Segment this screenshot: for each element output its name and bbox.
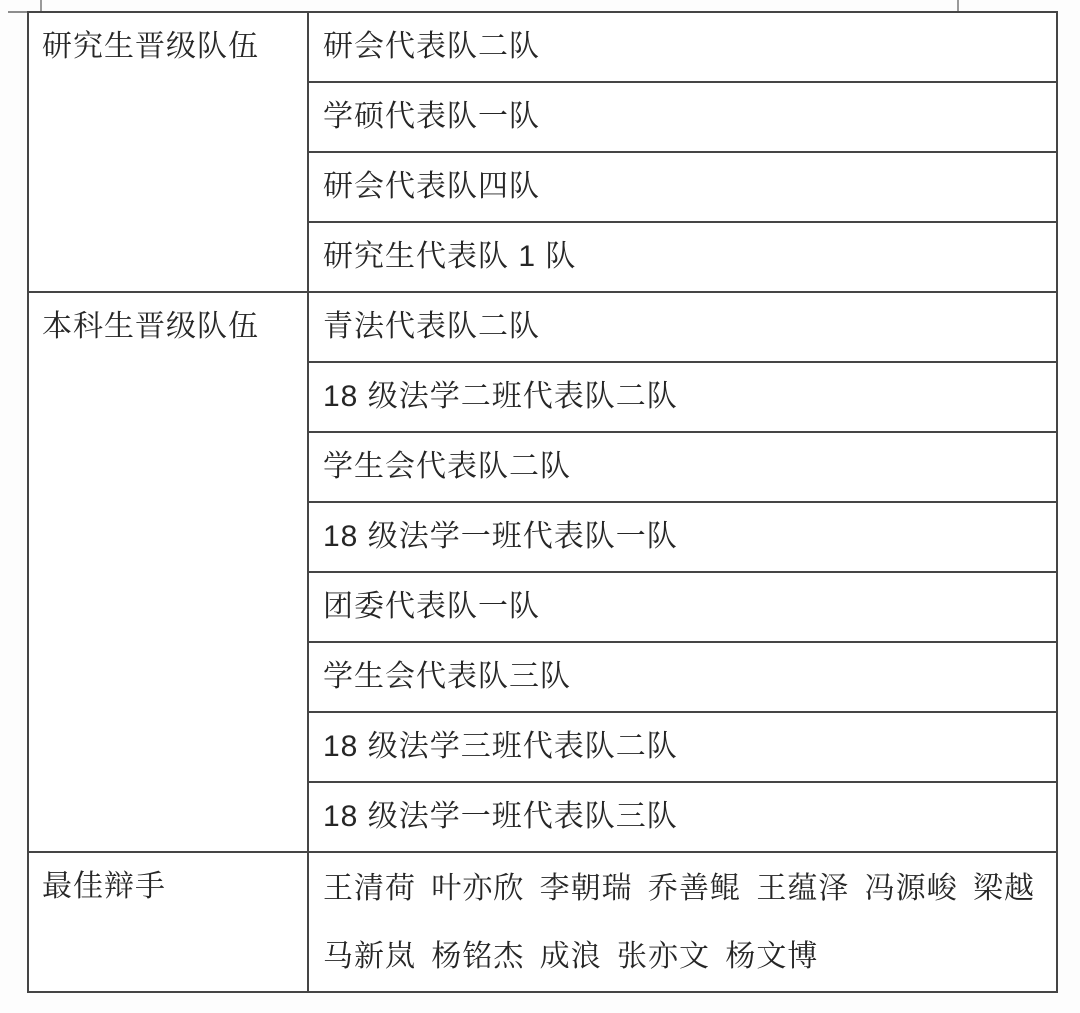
document-page: 研究生晋级队伍 研会代表队二队 学硕代表队一队 研会代表队四队 研究生代表队 1… xyxy=(0,0,1080,1013)
team-cell: 18 级法学一班代表队一队 xyxy=(308,502,1057,572)
promotion-results-table: 研究生晋级队伍 研会代表队二队 学硕代表队一队 研会代表队四队 研究生代表队 1… xyxy=(27,11,1058,993)
section-label-graduate: 研究生晋级队伍 xyxy=(28,12,308,292)
debaters-line-1: 王清荷 叶亦欣 李朝瑞 乔善鲲 王蕴泽 冯源峻 梁越 xyxy=(323,855,1046,923)
team-cell: 学硕代表队一队 xyxy=(308,82,1057,152)
section-label-best-debaters: 最佳辩手 xyxy=(28,852,308,992)
best-debaters-cell: 王清荷 叶亦欣 李朝瑞 乔善鲲 王蕴泽 冯源峻 梁越 马新岚 杨铭杰 成浪 张亦… xyxy=(308,852,1057,992)
team-cell: 18 级法学二班代表队二队 xyxy=(308,362,1057,432)
team-cell: 18 级法学一班代表队三队 xyxy=(308,782,1057,852)
table-row: 研究生晋级队伍 研会代表队二队 xyxy=(28,12,1057,82)
crop-artifact-line xyxy=(8,11,29,13)
team-cell: 研会代表队四队 xyxy=(308,152,1057,222)
table-row: 最佳辩手 王清荷 叶亦欣 李朝瑞 乔善鲲 王蕴泽 冯源峻 梁越 马新岚 杨铭杰 … xyxy=(28,852,1057,992)
team-cell: 团委代表队一队 xyxy=(308,572,1057,642)
team-cell: 研会代表队二队 xyxy=(308,12,1057,82)
team-cell: 研究生代表队 1 队 xyxy=(308,222,1057,292)
team-cell: 18 级法学三班代表队二队 xyxy=(308,712,1057,782)
debaters-line-2: 马新岚 杨铭杰 成浪 张亦文 杨文博 xyxy=(323,923,1046,991)
team-cell: 青法代表队二队 xyxy=(308,292,1057,362)
team-cell: 学生会代表队二队 xyxy=(308,432,1057,502)
section-label-undergraduate: 本科生晋级队伍 xyxy=(28,292,308,852)
table-row: 本科生晋级队伍 青法代表队二队 xyxy=(28,292,1057,362)
team-cell: 学生会代表队三队 xyxy=(308,642,1057,712)
